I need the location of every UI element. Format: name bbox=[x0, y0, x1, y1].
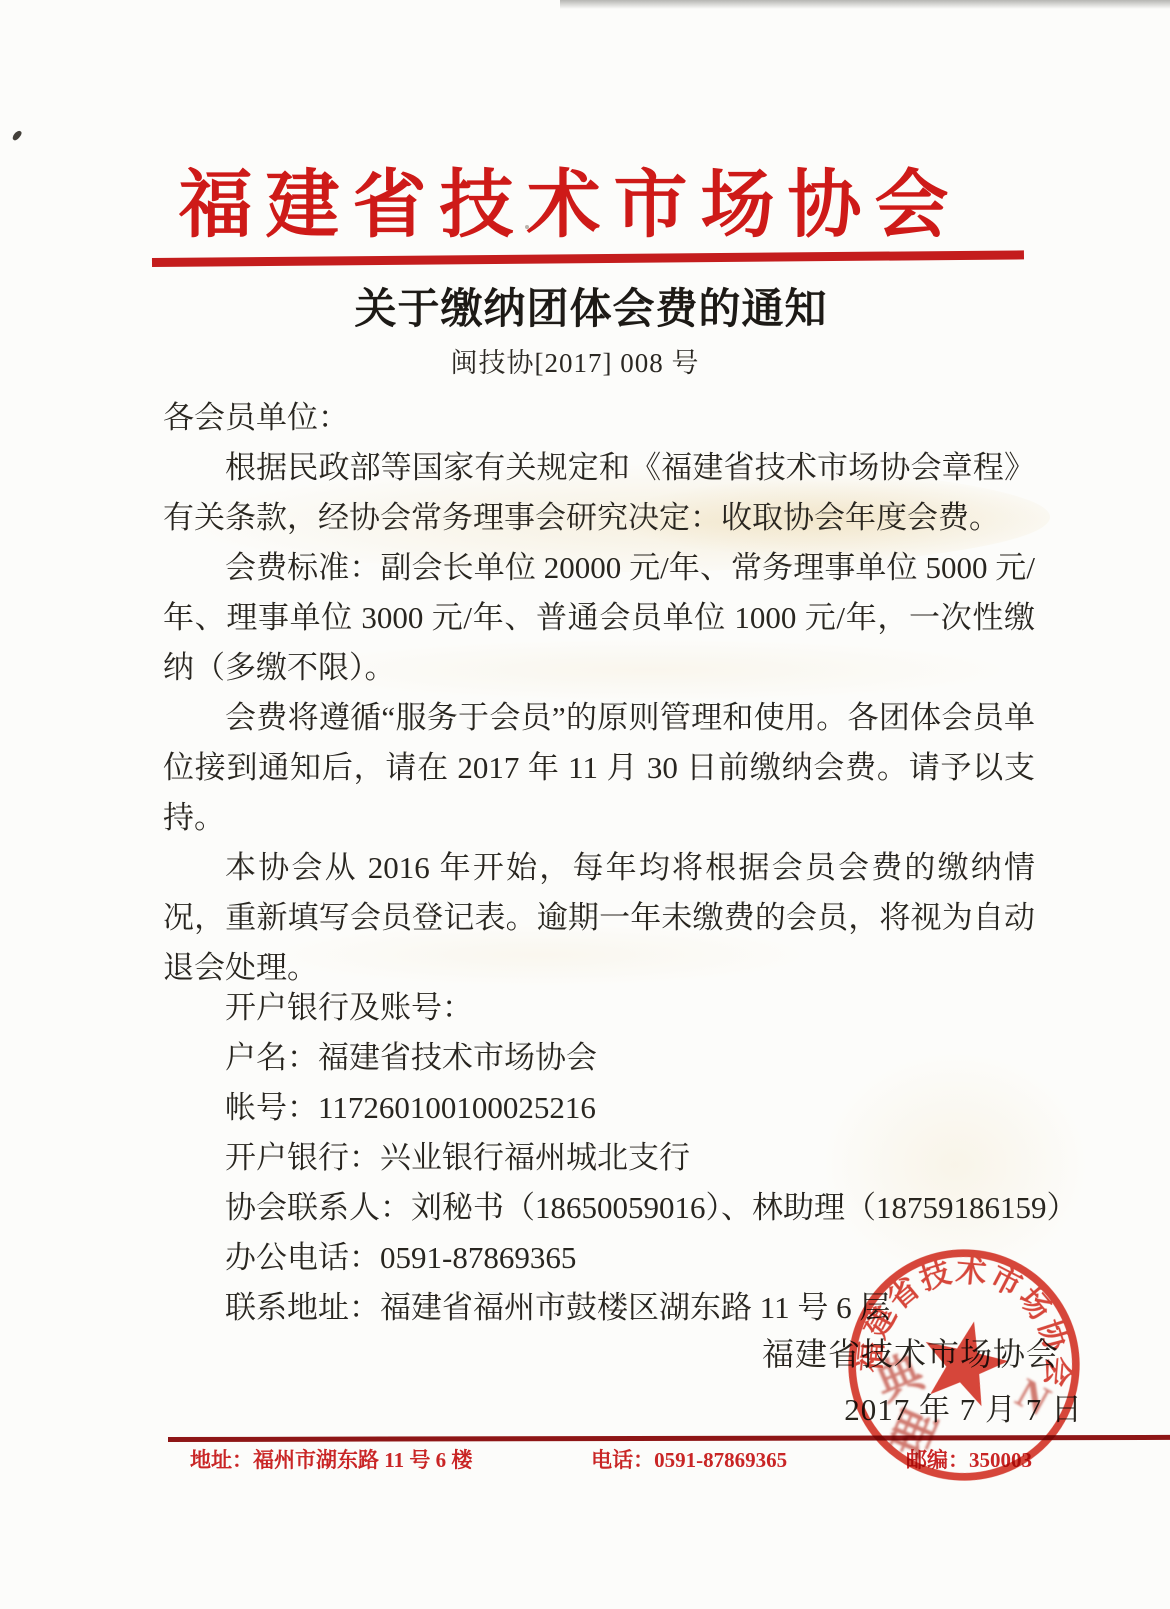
salutation: 各会员单位： bbox=[163, 393, 1035, 443]
notice-title: 关于缴纳团体会费的通知 bbox=[6, 276, 1170, 336]
account-name-line: 户名：福建省技术市场协会 bbox=[225, 1033, 1078, 1083]
body-text: 各会员单位： 根据民政部等国家有关规定和《福建省技术市场协会章程》有关条款，经协… bbox=[163, 393, 1035, 993]
letterhead-title: 福建省技术市场协会 bbox=[0, 146, 1140, 252]
bank-heading-line: 开户银行及账号： bbox=[225, 983, 1078, 1033]
star-icon bbox=[914, 1312, 1015, 1410]
scan-speck bbox=[11, 129, 23, 141]
paragraph-registration: 本协会从 2016 年开始，每年均将根据会员会费的缴纳情况，重新填写会员登记表。… bbox=[163, 843, 1035, 993]
contact-person-line: 协会联系人：刘秘书（18650059016）、林助理（18759186159） bbox=[225, 1183, 1078, 1233]
paragraph-fee-standard: 会费标准：副会长单位 20000 元/年、常务理事单位 5000 元/年、理事单… bbox=[163, 543, 1035, 693]
footer-address: 地址：福州市湖东路 11 号 6 楼 bbox=[190, 1444, 472, 1474]
letterhead-rule bbox=[152, 250, 1024, 267]
document-page: 福建省技术市场协会 关于缴纳团体会费的通知 闽技协[2017] 008 号 各会… bbox=[0, 0, 1170, 1609]
scan-edge-shade bbox=[560, 0, 1170, 9]
paragraph-usage-deadline: 会费将遵循“服务于会员”的原则管理和使用。各团体会员单位接到通知后，请在 201… bbox=[163, 693, 1035, 843]
footer-phone: 电话：0591-87869365 bbox=[591, 1444, 787, 1474]
doc-number: 闽技协[2017] 008 号 bbox=[0, 341, 1150, 380]
official-seal: 福建省技术市场协会 典 理 N bbox=[832, 1233, 1096, 1497]
account-number-line: 帐号：117260100100025216 bbox=[225, 1083, 1078, 1133]
bank-branch-line: 开户银行：兴业银行福州城北支行 bbox=[225, 1133, 1078, 1183]
paragraph-basis: 根据民政部等国家有关规定和《福建省技术市场协会章程》有关条款，经协会常务理事会研… bbox=[163, 443, 1035, 543]
